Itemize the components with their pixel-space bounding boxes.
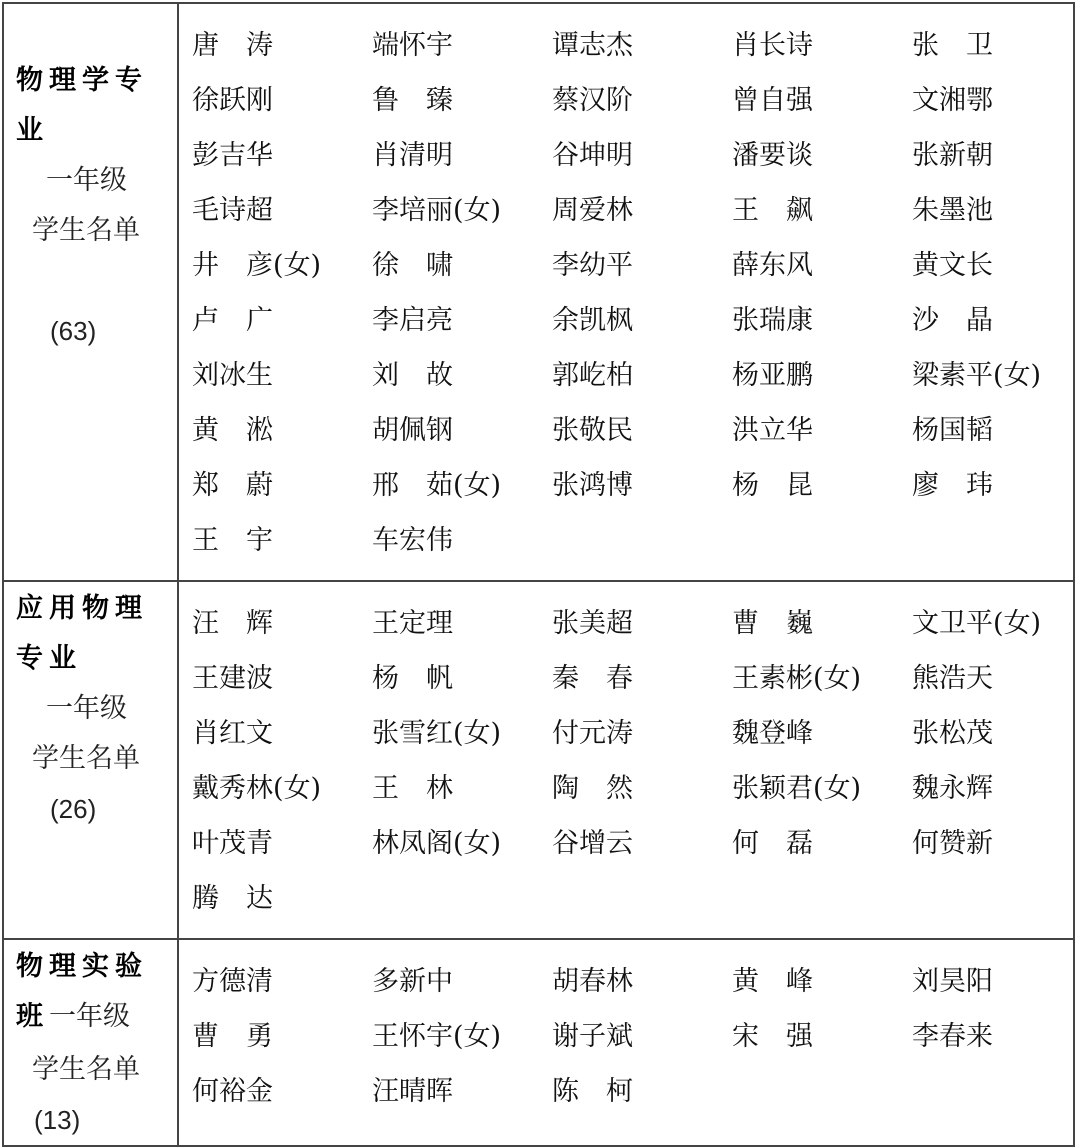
student-name: 谭志杰 [552, 18, 732, 73]
student-name: 蔡汉阶 [552, 73, 732, 128]
student-name: 文卫平(女) [912, 596, 1077, 651]
student-name: 黄 淞 [192, 403, 372, 458]
section-title-cont: 专业 [16, 634, 177, 684]
student-name: 黄文长 [912, 238, 1077, 293]
grade-label: 一年级 [16, 684, 177, 734]
student-name: 李幼平 [552, 238, 732, 293]
student-name: 张瑞康 [732, 293, 912, 348]
names-cell: 方德清多新中胡春林黄 峰刘昊阳曹 勇王怀宇(女)谢子斌宋 强李春来何裕金汪晴晖陈… [178, 939, 1074, 1093]
student-name: 宋 强 [732, 1009, 912, 1064]
student-name: 张新朝 [912, 128, 1077, 183]
student-name: 王建波 [192, 651, 372, 706]
student-name: 余凯枫 [552, 293, 732, 348]
student-name: 张鸿博 [552, 458, 732, 513]
student-name: 汪 辉 [192, 596, 372, 651]
student-name: 王 宇 [192, 513, 372, 568]
section-label: 物理实验 班一年级 学生名单 (13) [3, 939, 178, 1093]
list-label: 学生名单 [16, 1045, 177, 1093]
student-name: 杨 昆 [732, 458, 912, 513]
student-name: 张松茂 [912, 706, 1077, 761]
student-name: 戴秀林(女) [192, 761, 372, 816]
section-title: 应用物理 [16, 584, 177, 634]
section-title-cont: 业 [16, 106, 177, 156]
student-name: 刘 故 [372, 348, 552, 403]
student-name: 周爱林 [552, 183, 732, 238]
student-name: 刘昊阳 [912, 954, 1077, 1009]
grade-label: 一年级 [16, 156, 177, 206]
student-name: 熊浩天 [912, 651, 1077, 706]
student-name: 杨 帆 [372, 651, 552, 706]
student-count: (26) [16, 784, 177, 834]
list-label: 学生名单 [16, 734, 177, 784]
student-name: 张雪红(女) [372, 706, 552, 761]
section-label: 物理学专 业 一年级 学生名单 (63) [3, 3, 178, 581]
student-name: 廖 玮 [912, 458, 1077, 513]
student-name: 黄 峰 [732, 954, 912, 1009]
section-title: 物理学专 [16, 56, 177, 106]
name-grid: 汪 辉王定理张美超曹 巍文卫平(女)王建波杨 帆秦 春王素彬(女)熊浩天肖红文张… [192, 582, 1073, 938]
student-name: 王怀宇(女) [372, 1009, 552, 1064]
student-name: 叶茂青 [192, 816, 372, 871]
grade-label: 一年级 [49, 1001, 130, 1032]
name-grid: 方德清多新中胡春林黄 峰刘昊阳曹 勇王怀宇(女)谢子斌宋 强李春来何裕金汪晴晖陈… [192, 940, 1073, 1093]
student-name: 曹 巍 [732, 596, 912, 651]
names-cell: 唐 涛端怀宇谭志杰肖长诗张 卫徐跃刚鲁 臻蔡汉阶曾自强文湘鄂彭吉华肖清明谷坤明潘… [178, 3, 1074, 581]
student-name: 王定理 [372, 596, 552, 651]
student-name: 肖清明 [372, 128, 552, 183]
student-name: 梁素平(女) [912, 348, 1077, 403]
student-name: 秦 春 [552, 651, 732, 706]
student-name: 汪晴晖 [372, 1064, 552, 1093]
student-name: 徐跃刚 [192, 73, 372, 128]
student-name: 杨国韬 [912, 403, 1077, 458]
student-name: 魏登峰 [732, 706, 912, 761]
student-name: 张敬民 [552, 403, 732, 458]
student-name: 车宏伟 [372, 513, 552, 568]
student-name: 谷增云 [552, 816, 732, 871]
student-name: 薛东风 [732, 238, 912, 293]
student-name: 沙 晶 [912, 293, 1077, 348]
student-name: 王 林 [372, 761, 552, 816]
student-name: 何裕金 [192, 1064, 372, 1093]
name-grid: 唐 涛端怀宇谭志杰肖长诗张 卫徐跃刚鲁 臻蔡汉阶曾自强文湘鄂彭吉华肖清明谷坤明潘… [192, 4, 1073, 580]
student-name: 彭吉华 [192, 128, 372, 183]
student-name: 腾 达 [192, 871, 372, 926]
student-name: 井 彦(女) [192, 238, 372, 293]
student-name: 何 磊 [732, 816, 912, 871]
student-name: 谢子斌 [552, 1009, 732, 1064]
student-name: 王素彬(女) [732, 651, 912, 706]
student-name: 陈 柯 [552, 1064, 732, 1093]
student-name: 林凤阁(女) [372, 816, 552, 871]
student-name: 徐 啸 [372, 238, 552, 293]
section-experimental-class: 物理实验 班一年级 学生名单 (13) 方德清多新中胡春林黄 峰刘昊阳曹 勇王怀… [3, 939, 1074, 1093]
student-name: 郭屹柏 [552, 348, 732, 403]
student-name: 卢 广 [192, 293, 372, 348]
student-name: 毛诗超 [192, 183, 372, 238]
list-label: 学生名单 [16, 206, 177, 256]
student-name: 张颖君(女) [732, 761, 912, 816]
student-roster-table: 物理学专 业 一年级 学生名单 (63) 唐 涛端怀宇谭志杰肖长诗张 卫徐跃刚鲁… [2, 2, 1075, 1093]
student-name: 杨亚鹏 [732, 348, 912, 403]
student-name: 陶 然 [552, 761, 732, 816]
section-applied-physics: 应用物理 专业 一年级 学生名单 (26) 汪 辉王定理张美超曹 巍文卫平(女)… [3, 581, 1074, 939]
student-name: 肖长诗 [732, 18, 912, 73]
student-name: 胡佩钢 [372, 403, 552, 458]
student-count: (63) [16, 306, 177, 356]
student-name: 邢 茹(女) [372, 458, 552, 513]
student-name: 鲁 臻 [372, 73, 552, 128]
student-name: 刘冰生 [192, 348, 372, 403]
student-name: 潘要谈 [732, 128, 912, 183]
student-name: 胡春林 [552, 954, 732, 1009]
student-name: 曹 勇 [192, 1009, 372, 1064]
student-name: 谷坤明 [552, 128, 732, 183]
student-name: 文湘鄂 [912, 73, 1077, 128]
student-name: 张美超 [552, 596, 732, 651]
student-name: 王 飙 [732, 183, 912, 238]
section-title-cont: 班 [16, 1001, 49, 1032]
names-cell: 汪 辉王定理张美超曹 巍文卫平(女)王建波杨 帆秦 春王素彬(女)熊浩天肖红文张… [178, 581, 1074, 939]
student-name: 洪立华 [732, 403, 912, 458]
student-name: 曾自强 [732, 73, 912, 128]
student-name: 唐 涛 [192, 18, 372, 73]
student-name: 李春来 [912, 1009, 1077, 1064]
student-name: 方德清 [192, 954, 372, 1009]
student-name: 何赞新 [912, 816, 1077, 871]
student-name: 郑 蔚 [192, 458, 372, 513]
student-name: 朱墨池 [912, 183, 1077, 238]
section-physics: 物理学专 业 一年级 学生名单 (63) 唐 涛端怀宇谭志杰肖长诗张 卫徐跃刚鲁… [3, 3, 1074, 581]
student-name: 付元涛 [552, 706, 732, 761]
student-name: 李启亮 [372, 293, 552, 348]
section-label: 应用物理 专业 一年级 学生名单 (26) [3, 581, 178, 939]
student-name: 肖红文 [192, 706, 372, 761]
student-name: 魏永辉 [912, 761, 1077, 816]
student-name: 端怀宇 [372, 18, 552, 73]
student-name: 李培丽(女) [372, 183, 552, 238]
section-title: 物理实验 [16, 942, 177, 992]
student-name: 张 卫 [912, 18, 1077, 73]
student-name: 多新中 [372, 954, 552, 1009]
